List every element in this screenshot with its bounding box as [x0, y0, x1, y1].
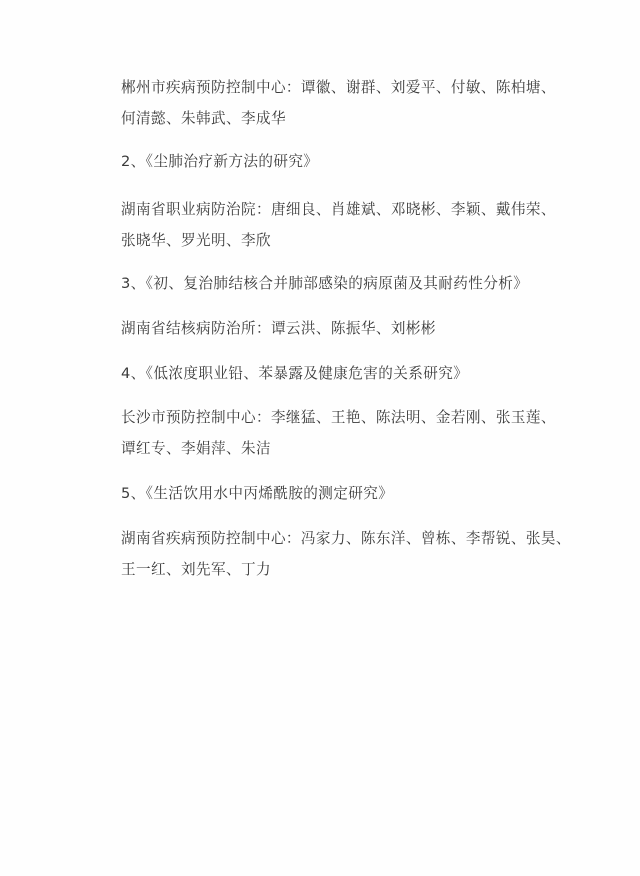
- section-4-authors-continued: 谭红专、李娟萍、朱洁: [121, 440, 271, 458]
- section-2-authors-continued: 张晓华、罗光明、李欣: [121, 232, 271, 250]
- section-3-title: 3、《初、复治肺结核合并肺部感染的病原菌及其耐药性分析》: [121, 275, 528, 293]
- section-3-authors-line: 湖南省结核病防治所：谭云洪、陈振华、刘彬彬: [121, 320, 436, 338]
- scanned-document-page: 郴州市疾病预防控制中心：谭徽、谢群、刘爱平、付敏、陈柏塘、 何清懿、朱韩武、李成…: [0, 0, 640, 876]
- section-1-authors-continued: 何清懿、朱韩武、李成华: [121, 110, 286, 128]
- section-4-title: 4、《低浓度职业铅、苯暴露及健康危害的关系研究》: [121, 365, 468, 383]
- section-5-authors-line: 湖南省疾病预防控制中心：冯家力、陈东洋、曾栋、李帮锐、张昊、: [121, 530, 571, 548]
- section-5-authors-continued: 王一红、刘先军、丁力: [121, 561, 271, 579]
- section-2-title: 2、《尘肺治疗新方法的研究》: [121, 153, 318, 171]
- section-1-authors-line: 郴州市疾病预防控制中心：谭徽、谢群、刘爱平、付敏、陈柏塘、: [121, 79, 556, 97]
- section-5-title: 5、《生活饮用水中丙烯酰胺的测定研究》: [121, 485, 393, 503]
- section-2-authors-line: 湖南省职业病防治院：唐细良、肖雄斌、邓晓彬、李颖、戴伟荣、: [121, 201, 556, 219]
- section-4-authors-line: 长沙市预防控制中心：李继猛、王艳、陈法明、金若刚、张玉莲、: [121, 409, 556, 427]
